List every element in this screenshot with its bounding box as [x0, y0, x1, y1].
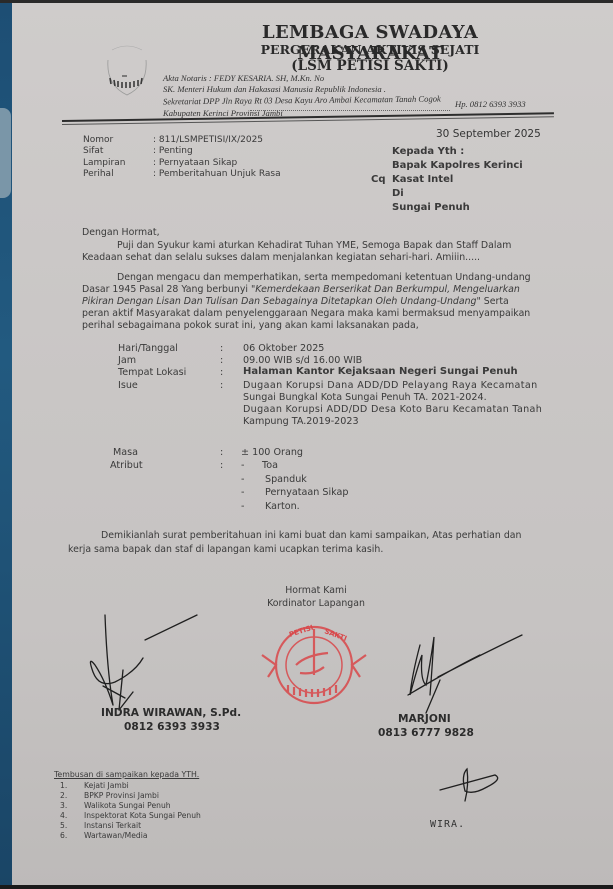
cc-item: 1.Kejati Jambi: [60, 781, 129, 790]
meta-label: Perihal: [83, 169, 153, 179]
para2-quote: Kemerdekaan Berserikat Dan Berkumpul, Me…: [255, 284, 520, 295]
meta-value: : Pemberitahuan Unjuk Rasa: [153, 169, 281, 179]
meta-label: Lampiran: [83, 158, 153, 168]
org-logo-icon: [100, 40, 155, 110]
background-app-strip: [0, 0, 12, 889]
event-time: 09.00 WIB s/d 16.00 WIB: [243, 355, 362, 366]
list-dash: -: [241, 474, 244, 485]
atribut-item: Karton.: [265, 501, 300, 512]
org-stamp-icon: PETISI SAKTI: [258, 615, 370, 715]
recipient-office: Kasat Intel: [392, 174, 453, 185]
meta-sifat: Sifat: Penting: [83, 146, 193, 156]
para2-text: Dasar 1945 Pasal 28 Yang berbunyi ": [82, 284, 255, 295]
cc-number: 6.: [60, 831, 84, 840]
signatory-1-name: INDRA WIRAWAN, S.Pd.: [101, 707, 241, 719]
recipient-salutation: Kepada Yth :: [392, 146, 464, 157]
para1-line2: Keadaan sehat dan selalu sukses dalam me…: [82, 252, 480, 263]
cc-text: Inspektorat Kota Sungai Penuh: [84, 811, 201, 820]
meta-value: : Penting: [153, 146, 193, 156]
dotted-line: [250, 110, 450, 111]
signature-1-icon: [85, 610, 215, 720]
cc-number: 4.: [60, 811, 84, 820]
event-location: Halaman Kantor Kejaksaan Negeri Sungai P…: [243, 366, 518, 377]
signatory-1-phone: 0812 6393 3933: [124, 721, 220, 733]
event-issue-2-cont: Kampung TA.2019-2023: [243, 416, 359, 427]
para2-line5: perihal sebagaimana pokok surat ini, yan…: [82, 320, 419, 331]
colon: :: [220, 447, 223, 458]
event-label-time: Jam: [118, 355, 136, 366]
colon: :: [220, 367, 223, 378]
regards-role: Kordinator Lapangan: [216, 598, 416, 609]
closing-line1: Demikianlah surat pemberitahuan ini kami…: [101, 530, 521, 541]
cc-item: 5.Instansi Terkait: [60, 821, 141, 830]
legal-sk: SK. Menteri Hukum dan Hakasasi Manusia R…: [163, 84, 386, 94]
event-issue-1-cont: Sungai Bungkal Kota Sungai Penuh TA. 202…: [243, 392, 487, 403]
event-label-masa: Masa: [113, 447, 138, 458]
recipient-cq: Cq: [371, 174, 386, 185]
cc-text: Kejati Jambi: [84, 781, 129, 790]
closing-line2: kerja sama bapak dan staf di lapangan ka…: [68, 544, 383, 555]
meta-lampiran: Lampiran: Pernyataan Sikap: [83, 158, 237, 168]
para2-line3: Pikiran Dengan Lisan Dan Tulisan Dan Seb…: [82, 296, 509, 307]
event-label-date: Hari/Tanggal: [118, 343, 178, 354]
cc-number: 3.: [60, 801, 84, 810]
event-label-location: Tempat Lokasi: [118, 367, 186, 378]
signatory-2-name: MARJONI: [398, 713, 451, 725]
top-edge: [0, 0, 613, 3]
event-label-issue: Isue: [118, 380, 138, 391]
cc-number: 1.: [60, 781, 84, 790]
colon: :: [220, 380, 223, 391]
meta-label: Sifat: [83, 146, 153, 156]
atribut-item: Spanduk: [265, 474, 307, 485]
meta-perihal: Perihal: Pemberitahuan Unjuk Rasa: [83, 169, 281, 179]
para2-line2: Dasar 1945 Pasal 28 Yang berbunyi "Kemer…: [82, 284, 520, 295]
cc-text: Walikota Sungai Penuh: [84, 801, 171, 810]
para2-line1: Dengan mengacu dan memperhatikan, serta …: [117, 272, 531, 283]
bottom-edge: [0, 885, 613, 889]
atribut-item: Toa: [262, 460, 278, 471]
recipient-di: Di: [392, 188, 404, 199]
regards: Hormat Kami: [216, 585, 416, 596]
signatory-2-phone: 0813 6777 9828: [378, 727, 474, 739]
org-subname: PERGERAKAN AKTIVIS SEJATI: [200, 42, 540, 57]
list-dash: -: [241, 487, 244, 498]
receipt-handwritten-name: WIRA.: [430, 819, 465, 830]
cc-text: Wartawan/Media: [84, 831, 147, 840]
letter-date: 30 September 2025: [436, 128, 541, 140]
event-issue-1: Dugaan Korupsi Dana ADD/DD Pelayang Raya…: [243, 380, 538, 391]
cc-item: 6.Wartawan/Media: [60, 831, 147, 840]
meta-value: : 811/LSMPETISI/IX/2025: [153, 135, 263, 145]
org-abbrev: (LSM PETISI SAKTI): [200, 58, 540, 74]
cc-title: Tembusan di sampaikan kepada YTH.: [54, 770, 199, 779]
cc-item: 3.Walikota Sungai Penuh: [60, 801, 171, 810]
background-bubble: [0, 108, 11, 198]
colon: :: [220, 460, 223, 471]
meta-nomor: Nomor: 811/LSMPETISI/IX/2025: [83, 135, 263, 145]
signature-2-icon: [390, 625, 530, 715]
cc-item: 2.BPKP Provinsi Jambi: [60, 791, 159, 800]
cc-number: 2.: [60, 791, 84, 800]
recipient-name: Bapak Kapolres Kerinci: [392, 160, 523, 171]
cc-text: BPKP Provinsi Jambi: [84, 791, 159, 800]
para2-quote: Pikiran Dengan Lisan Dan Tulisan Dan Seb…: [82, 296, 477, 307]
para1-line1: Puji dan Syukur kami aturkan Kehadirat T…: [117, 240, 511, 251]
meta-label: Nomor: [83, 135, 153, 145]
receipt-signature-icon: [435, 765, 505, 810]
meta-value: : Pernyataan Sikap: [153, 158, 237, 168]
legal-phone: Hp. 0812 6393 3933: [455, 99, 526, 109]
event-masa: ± 100 Orang: [241, 447, 303, 458]
event-label-atribut: Atribut: [110, 460, 143, 471]
greeting: Dengan Hormat,: [82, 227, 160, 238]
event-date: 06 Oktober 2025: [243, 343, 324, 354]
recipient-city: Sungai Penuh: [392, 202, 470, 213]
legal-notary: Akta Notaris : FEDY KESARIA. SH, M.Kn. N…: [163, 73, 324, 83]
para2-text: " Serta: [477, 296, 509, 307]
colon: :: [220, 343, 223, 354]
cc-text: Instansi Terkait: [84, 821, 141, 830]
list-dash: -: [241, 501, 244, 512]
cc-number: 5.: [60, 821, 84, 830]
atribut-item: Pernyataan Sikap: [265, 487, 349, 498]
event-issue-2: Dugaan Korupsi ADD/DD Desa Koto Baru Kec…: [243, 404, 542, 415]
para2-line4: peran aktif Masyarakat dalam penyelengga…: [82, 308, 530, 319]
list-dash: -: [241, 460, 244, 471]
colon: :: [220, 355, 223, 366]
cc-item: 4.Inspektorat Kota Sungai Penuh: [60, 811, 201, 820]
